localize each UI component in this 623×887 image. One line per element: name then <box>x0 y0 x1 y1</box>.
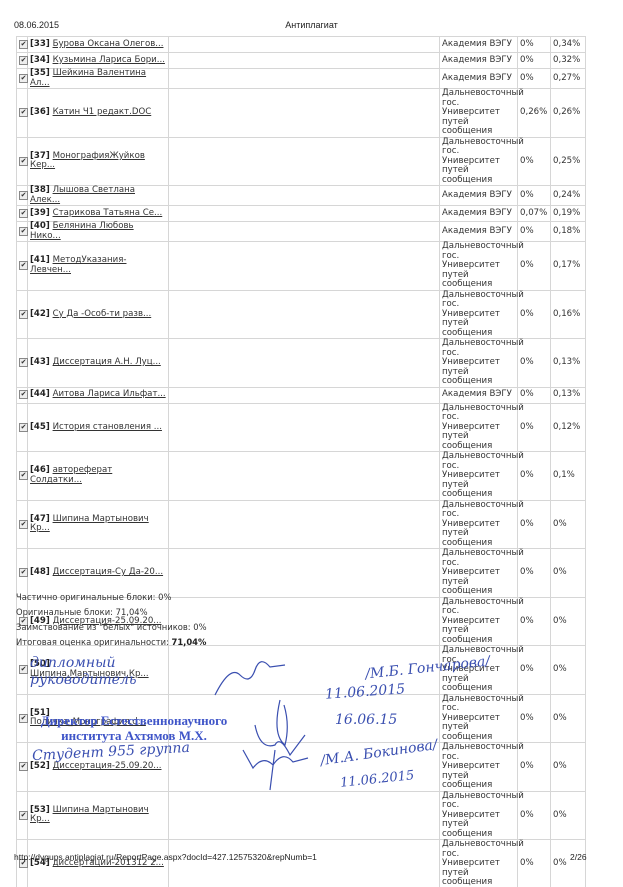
source-checkbox[interactable]: ✔ <box>19 423 28 432</box>
source-name-cell: [33] Бурова Оксана Олегов... <box>28 37 169 53</box>
table-row: ✔[37] МонографияЖуйков Кер...Дальневосто… <box>17 137 586 186</box>
source-collection: Дальневосточный гос. Университет путей с… <box>440 500 518 549</box>
source-name-cell: [41] МетодУказания-Левчен... <box>28 242 169 291</box>
page-title: Антиплагиат <box>0 20 623 30</box>
source-percent: 0% <box>551 597 586 646</box>
table-row: ✔[53] Шипина Мартынович Кр...Дальневосто… <box>17 791 586 840</box>
checkbox-cell: ✔ <box>17 387 28 403</box>
partial-original-blocks: Частично оригинальные блоки: 0% <box>16 592 171 602</box>
blank-cell <box>169 791 440 840</box>
source-collection: Дальневосточный гос. Университет путей с… <box>440 743 518 792</box>
table-row: ✔[48] Диссертация-Су Да-20...Дальневосто… <box>17 549 586 598</box>
source-name-cell: [53] Шипина Мартынович Кр... <box>28 791 169 840</box>
checkbox-cell: ✔ <box>17 69 28 89</box>
source-index: [45] <box>30 422 50 432</box>
source-share: 0% <box>518 387 551 403</box>
final-originality-score: Итоговая оценка оригинальности: 71,04% <box>16 637 206 647</box>
source-checkbox[interactable]: ✔ <box>19 227 28 236</box>
source-checkbox[interactable]: ✔ <box>19 74 28 83</box>
source-name-cell: [42] Су Да -Особ-ти разв... <box>28 290 169 339</box>
table-row: ✔[47] Шипина Мартынович Кр...Дальневосто… <box>17 500 586 549</box>
source-checkbox[interactable]: ✔ <box>19 56 28 65</box>
source-collection: Дальневосточный гос. Университет путей с… <box>440 339 518 388</box>
source-index: [42] <box>30 309 50 319</box>
source-percent: 0,24% <box>551 186 586 206</box>
checkbox-cell: ✔ <box>17 53 28 69</box>
table-row: ✔[33] Бурова Оксана Олегов...Академия ВЭ… <box>17 37 586 53</box>
checkbox-cell: ✔ <box>17 186 28 206</box>
source-checkbox[interactable]: ✔ <box>19 40 28 49</box>
source-collection: Дальневосточный гос. Университет путей с… <box>440 290 518 339</box>
blank-cell <box>169 597 440 646</box>
final-score-label: Итоговая оценка оригинальности: <box>16 637 172 647</box>
source-collection: Дальневосточный гос. Университет путей с… <box>440 840 518 887</box>
final-score-value: 71,04% <box>172 637 207 647</box>
source-collection: Дальневосточный гос. Университет путей с… <box>440 403 518 452</box>
table-row: ✔[42] Су Да -Особ-ти разв...Дальневосточ… <box>17 290 586 339</box>
source-checkbox[interactable]: ✔ <box>19 310 28 319</box>
checkbox-cell: ✔ <box>17 791 28 840</box>
blank-cell <box>169 186 440 206</box>
blank-cell <box>169 452 440 501</box>
source-index: [53] <box>30 805 50 815</box>
source-checkbox[interactable]: ✔ <box>19 191 28 200</box>
source-checkbox[interactable]: ✔ <box>19 714 28 723</box>
source-percent: 0,18% <box>551 222 586 242</box>
source-collection: Дальневосточный гос. Университет путей с… <box>440 89 518 138</box>
source-checkbox[interactable]: ✔ <box>19 209 28 218</box>
source-index: [41] <box>30 255 50 265</box>
checkbox-cell: ✔ <box>17 206 28 222</box>
source-name-cell: [39] Старикова Татьяна Се... <box>28 206 169 222</box>
blank-cell <box>169 549 440 598</box>
source-index: [47] <box>30 514 50 524</box>
blank-cell <box>169 89 440 138</box>
table-row: ✔[36] Катин Ч1 редакт.DOCДальневосточный… <box>17 89 586 138</box>
source-collection: Академия ВЭГУ <box>440 222 518 242</box>
source-link[interactable]: Су Да -Особ-ти разв... <box>53 309 152 319</box>
source-percent: 0,32% <box>551 53 586 69</box>
blank-cell <box>169 500 440 549</box>
blank-cell <box>169 242 440 291</box>
source-percent: 0,34% <box>551 37 586 53</box>
source-name-cell: [43] Диссертация А.Н. Луц... <box>28 339 169 388</box>
source-checkbox[interactable]: ✔ <box>19 261 28 270</box>
source-collection: Академия ВЭГУ <box>440 206 518 222</box>
source-percent: 0,27% <box>551 69 586 89</box>
source-index: [38] <box>30 185 50 195</box>
source-collection: Дальневосточный гос. Университет путей с… <box>440 694 518 743</box>
table-row: ✔[34] Кузьмина Лариса Бори...Академия ВЭ… <box>17 53 586 69</box>
blank-cell <box>169 840 440 887</box>
blank-cell <box>169 37 440 53</box>
blank-cell <box>169 69 440 89</box>
source-checkbox[interactable]: ✔ <box>19 108 28 117</box>
page-number: 2/26 <box>570 852 587 862</box>
source-checkbox[interactable]: ✔ <box>19 568 28 577</box>
table-row: ✔[45] История становления ...Дальневосто… <box>17 403 586 452</box>
checkbox-cell: ✔ <box>17 222 28 242</box>
source-checkbox[interactable]: ✔ <box>19 390 28 399</box>
checkbox-cell: ✔ <box>17 840 28 887</box>
checkbox-cell: ✔ <box>17 37 28 53</box>
checkbox-cell: ✔ <box>17 694 28 743</box>
source-percent: 0,12% <box>551 403 586 452</box>
checkbox-cell: ✔ <box>17 743 28 792</box>
source-name-cell: [37] МонографияЖуйков Кер... <box>28 137 169 186</box>
checkbox-cell: ✔ <box>17 646 28 695</box>
source-collection: Дальневосточный гос. Университет путей с… <box>440 597 518 646</box>
checkbox-cell: ✔ <box>17 403 28 452</box>
blank-cell <box>169 222 440 242</box>
source-share: 0% <box>518 186 551 206</box>
checkbox-cell: ✔ <box>17 500 28 549</box>
student-signature-icon <box>238 740 313 775</box>
source-index: [44] <box>30 389 50 399</box>
source-index: [37] <box>30 151 50 161</box>
source-collection: Академия ВЭГУ <box>440 53 518 69</box>
blank-cell <box>169 53 440 69</box>
source-name-cell: [48] Диссертация-Су Да-20... <box>28 549 169 598</box>
source-link[interactable]: Старикова Татьяна Се... <box>53 208 163 218</box>
footer-url: http://dvgups.antiplagiat.ru/ReportPage.… <box>14 852 317 862</box>
handwritten-director-date: 16.06.15 <box>335 712 397 728</box>
source-percent: 0,16% <box>551 290 586 339</box>
source-link[interactable]: Диссертация-25.09.20... <box>53 761 162 771</box>
source-index: [43] <box>30 357 50 367</box>
source-link[interactable]: Диссертация-Су Да-20... <box>53 567 164 577</box>
source-collection: Академия ВЭГУ <box>440 69 518 89</box>
source-collection: Дальневосточный гос. Университет путей с… <box>440 549 518 598</box>
source-collection: Академия ВЭГУ <box>440 387 518 403</box>
source-share: 0% <box>518 69 551 89</box>
source-index: [34] <box>30 55 50 65</box>
source-checkbox[interactable]: ✔ <box>19 762 28 771</box>
table-row: ✔[41] МетодУказания-Левчен...Дальневосто… <box>17 242 586 291</box>
director-stamp: Директор Естественнонаучного института А… <box>34 713 234 743</box>
source-name-cell: [35] Шейкина Валентина Ал... <box>28 69 169 89</box>
blank-cell <box>169 387 440 403</box>
source-share: 0% <box>518 222 551 242</box>
checkbox-cell: ✔ <box>17 290 28 339</box>
source-name-cell: [40] Белянина Любовь Нико... <box>28 222 169 242</box>
source-index: [35] <box>30 68 50 78</box>
table-row: ✔[54] диссертации-201312 2...Дальневосто… <box>17 840 586 887</box>
table-row: ✔[38] Лышова Светлана Алек...Академия ВЭ… <box>17 186 586 206</box>
source-percent: 0% <box>551 646 586 695</box>
source-index: [39] <box>30 208 50 218</box>
source-percent: 0% <box>551 743 586 792</box>
source-index: [36] <box>30 107 50 117</box>
table-row: ✔[44] Аитова Лариса Ильфат...Академия ВЭ… <box>17 387 586 403</box>
source-link[interactable]: Диссертация А.Н. Луц... <box>53 357 161 367</box>
checkbox-cell: ✔ <box>17 89 28 138</box>
source-checkbox[interactable]: ✔ <box>19 157 28 166</box>
table-row: ✔[39] Старикова Татьяна Се...Академия ВЭ… <box>17 206 586 222</box>
source-checkbox[interactable]: ✔ <box>19 471 28 480</box>
source-checkbox[interactable]: ✔ <box>19 811 28 820</box>
blank-cell <box>169 137 440 186</box>
source-link[interactable]: Катин Ч1 редакт.DOC <box>53 107 152 117</box>
source-index: [46] <box>30 465 50 475</box>
table-row: ✔[35] Шейкина Валентина Ал...Академия ВЭ… <box>17 69 586 89</box>
source-collection: Дальневосточный гос. Университет путей с… <box>440 137 518 186</box>
source-percent: 0,17% <box>551 242 586 291</box>
source-percent: 0% <box>551 549 586 598</box>
source-name-cell: [44] Аитова Лариса Ильфат... <box>28 387 169 403</box>
source-collection: Дальневосточный гос. Университет путей с… <box>440 242 518 291</box>
source-name-cell: [36] Катин Ч1 редакт.DOC <box>28 89 169 138</box>
source-percent: 0,13% <box>551 387 586 403</box>
blank-cell <box>169 339 440 388</box>
source-percent: 0,26% <box>551 89 586 138</box>
source-percent: 0% <box>551 791 586 840</box>
source-checkbox[interactable]: ✔ <box>19 358 28 367</box>
source-link[interactable]: Аитова Лариса Ильфат... <box>53 389 166 399</box>
source-collection: Академия ВЭГУ <box>440 186 518 206</box>
table-row: ✔[46] автореферат Солдатки...Дальневосто… <box>17 452 586 501</box>
blank-cell <box>169 290 440 339</box>
source-index: [33] <box>30 39 50 49</box>
source-percent: 0,25% <box>551 137 586 186</box>
source-name-cell: [38] Лышова Светлана Алек... <box>28 186 169 206</box>
source-checkbox[interactable]: ✔ <box>19 665 28 674</box>
source-name-cell: [34] Кузьмина Лариса Бори... <box>28 53 169 69</box>
checkbox-cell: ✔ <box>17 242 28 291</box>
source-share: 0% <box>518 53 551 69</box>
source-link[interactable]: Бурова Оксана Олегов... <box>53 39 164 49</box>
white-sources-borrowing: Заимствование из "белых" источников: 0% <box>16 622 207 632</box>
source-collection: Дальневосточный гос. Университет путей с… <box>440 791 518 840</box>
source-name-cell: [47] Шипина Мартынович Кр... <box>28 500 169 549</box>
table-row: ✔[40] Белянина Любовь Нико...Академия ВЭ… <box>17 222 586 242</box>
checkbox-cell: ✔ <box>17 339 28 388</box>
source-percent: 0% <box>551 694 586 743</box>
source-percent: 0% <box>551 840 586 887</box>
source-percent: 0,13% <box>551 339 586 388</box>
source-checkbox[interactable]: ✔ <box>19 520 28 529</box>
source-link[interactable]: История становления ... <box>53 422 162 432</box>
source-share: 0,07% <box>518 206 551 222</box>
original-blocks: Оригинальные блоки: 71,04% <box>16 607 148 617</box>
source-name-cell: [54] диссертации-201312 2... <box>28 840 169 887</box>
blank-cell <box>169 206 440 222</box>
source-index: [48] <box>30 567 50 577</box>
source-share: 0% <box>518 37 551 53</box>
source-link[interactable]: Кузьмина Лариса Бори... <box>53 55 165 65</box>
source-index: [40] <box>30 221 50 231</box>
source-percent: 0% <box>551 500 586 549</box>
checkbox-cell: ✔ <box>17 549 28 598</box>
supervisor-signature-icon <box>210 655 290 700</box>
source-name-cell: [46] автореферат Солдатки... <box>28 452 169 501</box>
blank-cell <box>169 403 440 452</box>
handwritten-supervisor-role: дипломный руководитель <box>30 655 160 689</box>
table-row: ✔[43] Диссертация А.Н. Луц...Дальневосто… <box>17 339 586 388</box>
source-collection: Дальневосточный гос. Университет путей с… <box>440 452 518 501</box>
source-name-cell: [45] История становления ... <box>28 403 169 452</box>
checkbox-cell: ✔ <box>17 452 28 501</box>
checkbox-cell: ✔ <box>17 137 28 186</box>
source-percent: 0,1% <box>551 452 586 501</box>
source-collection: Академия ВЭГУ <box>440 37 518 53</box>
source-percent: 0,19% <box>551 206 586 222</box>
